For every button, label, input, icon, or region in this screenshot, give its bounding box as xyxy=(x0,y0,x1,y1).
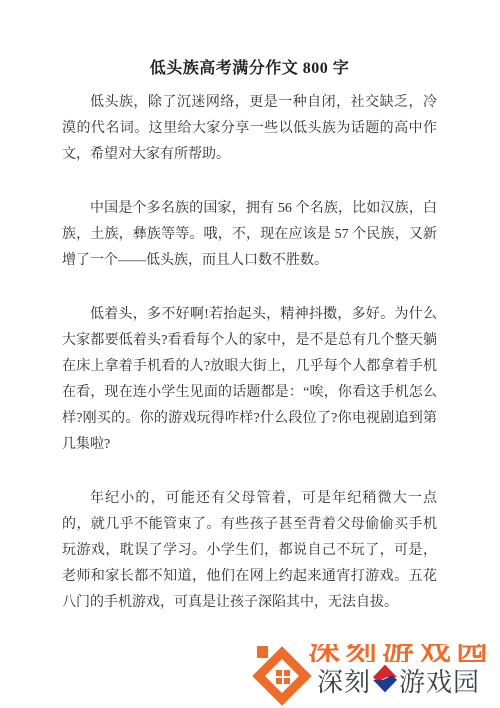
essay-paragraph-2: 中国是个多名族的国家，拥有 56 个名族，比如汉族，白族，土族，彝族等等。哦，不… xyxy=(62,196,437,274)
house-logo-window xyxy=(276,670,290,684)
essay-paragraph-4: 年纪小的，可能还有父母管着，可是年纪稍微大一点的，就几乎不能管束了。有些孩子甚至… xyxy=(62,486,437,616)
house-logo-chimney xyxy=(257,646,268,658)
essay-paragraph-3: 低着头，多不好啊!若抬起头，精神抖擞，多好。为什么大家都要低着头?看看每个人的家… xyxy=(62,302,437,458)
watermark-clipped-text: 深刻游戏园 xyxy=(308,644,500,662)
essay-paragraph-1: 低头族，除了沉迷网络，更是一种自闭，社交缺乏，冷漠的代名词。这里给大家分享一些以… xyxy=(62,90,437,168)
watermark-brand-left: 深刻 xyxy=(317,666,371,698)
house-logo-diamond xyxy=(252,646,311,705)
sk-diamond-icon xyxy=(373,664,397,700)
watermark-site-name: 深刻 游戏园 xyxy=(317,664,480,700)
essay-title: 低头族高考满分作文 800 字 xyxy=(62,0,437,80)
watermark-clipped-text-wrap: 深刻游戏园 xyxy=(308,644,500,662)
document-page: 低头族高考满分作文 800 字 低头族，除了沉迷网络，更是一种自闭，社交缺乏，冷… xyxy=(0,0,500,708)
essay-content: 低头族高考满分作文 800 字 低头族，除了沉迷网络，更是一种自闭，社交缺乏，冷… xyxy=(0,0,500,616)
watermark-brand-right: 游戏园 xyxy=(399,666,480,698)
house-logo-icon xyxy=(251,644,315,708)
